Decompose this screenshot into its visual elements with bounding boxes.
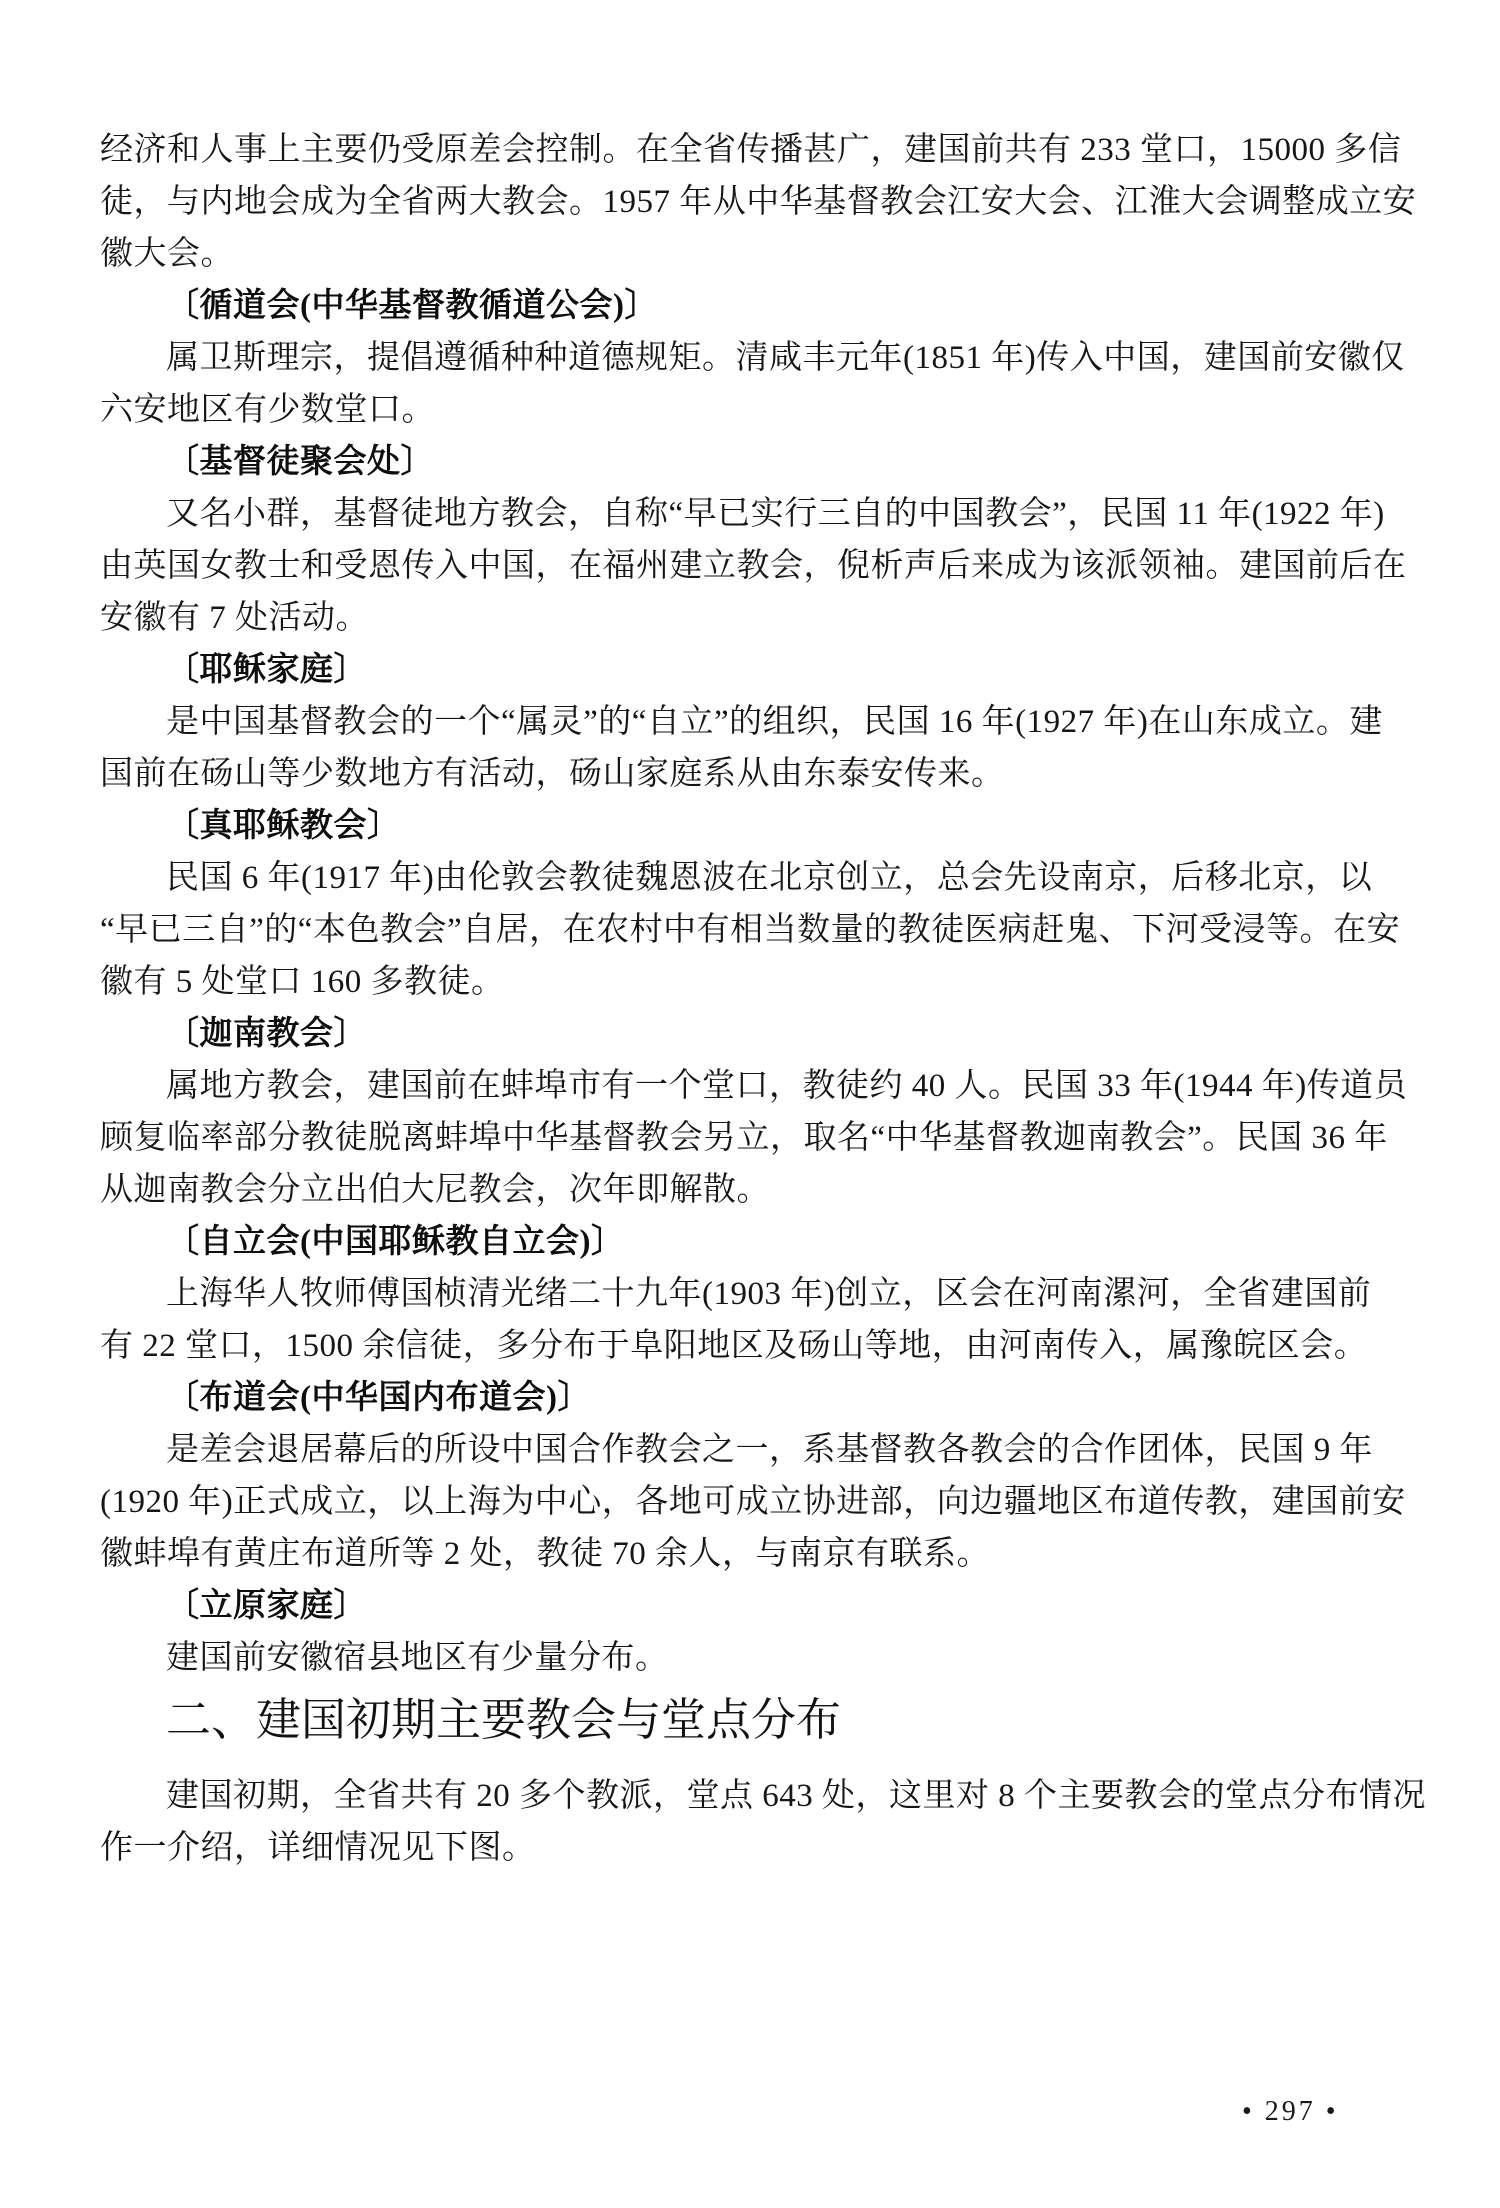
body-line: 六安地区有少数堂口。: [100, 384, 1400, 436]
body-line: 徒，与内地会成为全省两大教会。1957 年从中华基督教会江安大会、江淮大会调整成…: [100, 176, 1400, 228]
page-number: • 297 •: [1242, 2096, 1372, 2128]
body-line: (1920 年)正式成立，以上海为中心，各地可成立协进部，向边疆地区布道传教，建…: [100, 1476, 1400, 1528]
subsection-heading: 〔基督徒聚会处〕: [100, 436, 1400, 488]
body-line: 顾复临率部分教徒脱离蚌埠中华基督教会另立，取名“中华基督教迦南教会”。民国 36…: [100, 1112, 1400, 1164]
body-line: 有 22 堂口，1500 余信徒，多分布于阜阳地区及砀山等地，由河南传入，属豫皖…: [100, 1320, 1400, 1372]
subsection-heading: 〔循道会(中华基督教循道公会)〕: [100, 280, 1400, 332]
body-line: 从迦南教会分立出伯大尼教会，次年即解散。: [100, 1164, 1400, 1216]
body-line: 经济和人事上主要仍受原差会控制。在全省传播甚广，建国前共有 233 堂口，150…: [100, 124, 1400, 176]
subsection-heading: 〔布道会(中华国内布道会)〕: [100, 1372, 1400, 1424]
document-page: 经济和人事上主要仍受原差会控制。在全省传播甚广，建国前共有 233 堂口，150…: [0, 0, 1500, 2208]
section-heading: 二、建国初期主要教会与堂点分布: [100, 1688, 1400, 1752]
text-column: 经济和人事上主要仍受原差会控制。在全省传播甚广，建国前共有 233 堂口，150…: [100, 0, 1400, 1874]
body-line: 国前在砀山等少数地方有活动，砀山家庭系从由东泰安传来。: [100, 748, 1400, 800]
body-line: 由英国女教士和受恩传入中国，在福州建立教会，倪析声后来成为该派领袖。建国前后在: [100, 540, 1400, 592]
body-line: 建国前安徽宿县地区有少量分布。: [100, 1632, 1400, 1684]
body-line: 属地方教会，建国前在蚌埠市有一个堂口，教徒约 40 人。民国 33 年(1944…: [100, 1060, 1400, 1112]
subsection-heading: 〔迦南教会〕: [100, 1008, 1400, 1060]
body-line: 是差会退居幕后的所设中国合作教会之一，系基督教各教会的合作团体，民国 9 年: [100, 1424, 1400, 1476]
body-line: 上海华人牧师傅国桢清光绪二十九年(1903 年)创立，区会在河南漯河，全省建国前: [100, 1268, 1400, 1320]
subsection-heading: 〔真耶稣教会〕: [100, 800, 1400, 852]
subsection-heading: 〔立原家庭〕: [100, 1580, 1400, 1632]
body-line: 是中国基督教会的一个“属灵”的“自立”的组织，民国 16 年(1927 年)在山…: [100, 696, 1400, 748]
body-line: 作一介绍，详细情况见下图。: [100, 1822, 1400, 1874]
body-line: 民国 6 年(1917 年)由伦敦会教徒魏恩波在北京创立，总会先设南京，后移北京…: [100, 852, 1400, 904]
body-line: 徽蚌埠有黄庄布道所等 2 处，教徒 70 余人，与南京有联系。: [100, 1528, 1400, 1580]
subsection-heading: 〔耶稣家庭〕: [100, 644, 1400, 696]
body-line: 徽有 5 处堂口 160 多教徒。: [100, 956, 1400, 1008]
body-line: 属卫斯理宗，提倡遵循种种道德规矩。清咸丰元年(1851 年)传入中国，建国前安徽…: [100, 332, 1400, 384]
subsection-heading: 〔自立会(中国耶稣教自立会)〕: [100, 1216, 1400, 1268]
body-line: 又名小群，基督徒地方教会，自称“早已实行三自的中国教会”，民国 11 年(192…: [100, 488, 1400, 540]
body-line: 安徽有 7 处活动。: [100, 592, 1400, 644]
body-line: 建国初期，全省共有 20 多个教派，堂点 643 处，这里对 8 个主要教会的堂…: [100, 1770, 1400, 1822]
body-line: “早已三自”的“本色教会”自居，在农村中有相当数量的教徒医病赶鬼、下河受浸等。在…: [100, 904, 1400, 956]
body-line: 徽大会。: [100, 228, 1400, 280]
